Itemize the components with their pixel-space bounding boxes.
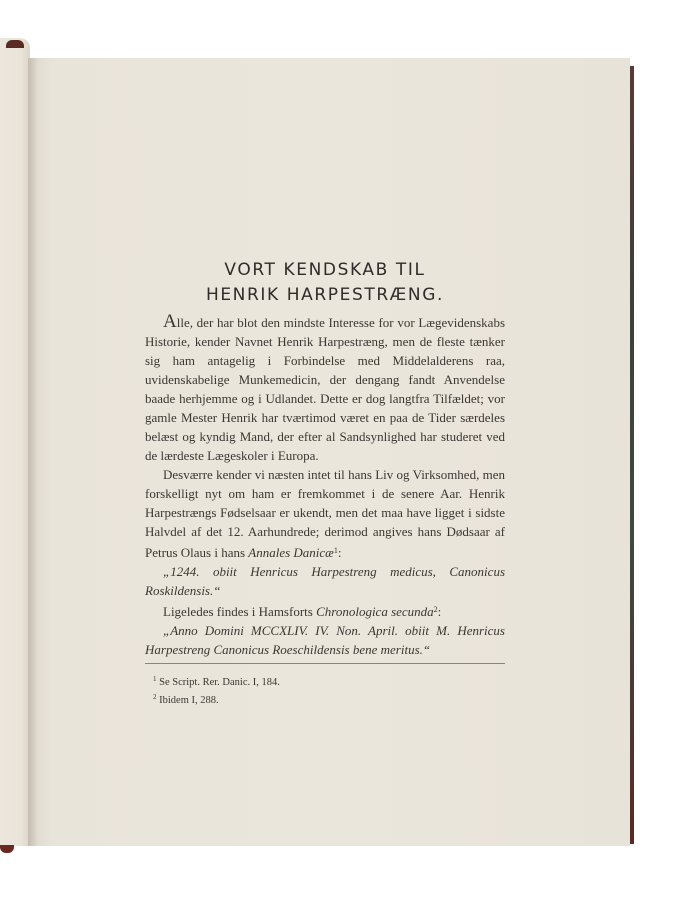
- left-page-edge: [0, 38, 30, 846]
- drop-cap: A: [163, 311, 177, 332]
- paragraph-2-tail: :: [338, 545, 342, 560]
- footnote-2-text: Ibidem I, 288.: [159, 695, 219, 706]
- title-line-1: VORT KENDSKAB TIL: [145, 258, 505, 283]
- title-line-2: HENRIK HARPESTRÆNG.: [145, 283, 505, 308]
- left-cover-corner-bottom: [0, 845, 14, 853]
- annales-danicae-title: Annales Danicæ: [248, 545, 334, 560]
- paragraph-2: Desværre kender vi næsten intet til hans…: [145, 465, 505, 562]
- quote-1: „1244. obiit Henricus Harpestreng medicu…: [145, 562, 505, 600]
- footnote-2: 2 Ibidem I, 288.: [153, 690, 505, 708]
- paragraph-3: Ligeledes findes i Hamsforts Chronologic…: [145, 600, 505, 621]
- page-content: VORT KENDSKAB TIL HENRIK HARPESTRÆNG. Al…: [145, 258, 505, 708]
- footnotes: 1 Se Script. Rer. Danic. I, 184. 2 Ibide…: [145, 672, 505, 708]
- chronologica-title: Chronologica secunda: [316, 604, 434, 619]
- footnote-1: 1 Se Script. Rer. Danic. I, 184.: [153, 672, 505, 690]
- open-book: VORT KENDSKAB TIL HENRIK HARPESTRÆNG. Al…: [0, 0, 686, 900]
- paragraph-3-text: Ligeledes findes i Hamsforts: [163, 604, 316, 619]
- footnote-rule: [145, 663, 505, 664]
- paragraph-1-text: lle, der har blot den mindste Interesse …: [145, 315, 505, 463]
- footnote-1-text: Se Script. Rer. Danic. I, 184.: [159, 677, 280, 688]
- quote-2: „Anno Domini MCCXLIV. IV. Non. April. ob…: [145, 621, 505, 659]
- footnote-1-mark: 1: [153, 675, 157, 683]
- paragraph-1: Alle, der har blot den mindste Interesse…: [145, 312, 505, 465]
- footnote-2-mark: 2: [153, 693, 157, 701]
- chapter-title: VORT KENDSKAB TIL HENRIK HARPESTRÆNG.: [145, 258, 505, 308]
- left-cover-corner-top: [6, 40, 24, 48]
- paragraph-3-tail: :: [438, 604, 442, 619]
- spine-shadow: [28, 58, 38, 846]
